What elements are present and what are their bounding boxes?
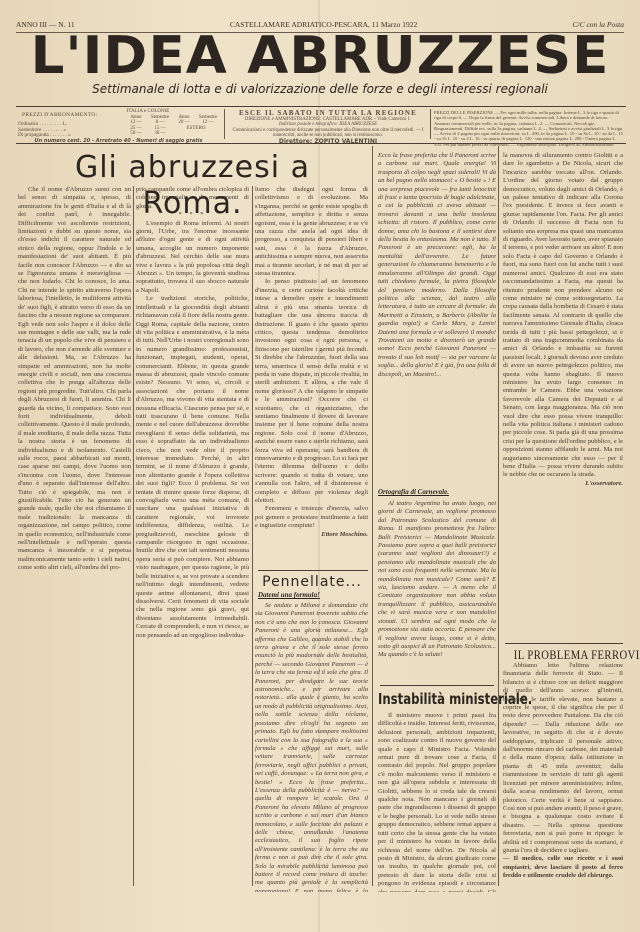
ortografia-body: Al teatro Argentina ha avuto luogo, nei … xyxy=(378,500,496,670)
political-article: la manovra di siluramento contro Giolitt… xyxy=(503,152,623,600)
column-rule xyxy=(252,186,253,886)
pennellate-col-2: Ecco la frase preferita che il Paneroni … xyxy=(378,152,496,477)
advertising-rates: PREZZI DELLE INSERZIONI: — Per ogni mill… xyxy=(434,110,624,147)
masthead-subtitle: Settimanale di lotta e di valorizzazione… xyxy=(0,82,640,98)
main-headline: Gli abruzzesi a Roma. xyxy=(20,150,365,186)
author-signature: L'osservatore. xyxy=(503,480,623,488)
price-table: ITALIA e COLONIE Anno Semestre Anno Seme… xyxy=(124,109,220,135)
esce-heading: ESCE IL SABATO IN TUTTA LA REGIONE xyxy=(228,109,428,117)
main-article-col-2: prio campanile come all'ombra ciclopica … xyxy=(136,186,249,886)
page-margin xyxy=(0,880,640,932)
divider xyxy=(430,109,431,139)
section-rule xyxy=(380,685,494,686)
main-article-col-1: Che il nome d'Abruzzo suoni con un bel s… xyxy=(18,186,131,886)
ferroviario-body: Abbiamo letto l'ultima relazione finanzi… xyxy=(503,662,623,892)
newspaper-page: ANNO III — N. 11 CASTELLAMARE ADRIATICO-… xyxy=(0,0,640,932)
divider xyxy=(224,109,225,139)
prices-label: PREZZI D'ABBONAMENTO: xyxy=(22,112,97,118)
instabilita-body: Il ministero muove i primi passi fra dif… xyxy=(378,712,496,892)
ortografia-title: Ortografia di Carnevale. xyxy=(378,488,449,496)
column-rule xyxy=(133,186,134,886)
section-rule xyxy=(505,643,623,644)
masthead-title: L'IDEA ABRUZZESE xyxy=(8,32,632,80)
section-rule xyxy=(258,570,368,571)
ferroviario-title: IL PROBLEMA FERROVIARIO xyxy=(514,647,612,663)
price-rows: Ordinario . . . . . . . . . L. Sostenito… xyxy=(18,122,71,139)
column-rule xyxy=(498,146,499,886)
author-signature: Ettore Moschino. xyxy=(255,531,368,539)
director-name: Direttore: ZOPITO VALENTINI xyxy=(228,138,428,145)
publication-info: ESCE IL SABATO IN TUTTA LA REGIONE DIREZ… xyxy=(228,109,428,139)
pennellate-subtitle: Datemi una formula! xyxy=(258,591,320,599)
subscription-prices: PREZZI D'ABBONAMENTO: Ordinario . . . . … xyxy=(16,109,221,137)
price-note: Un numero cent. 20 - Arretrato 40 - Nume… xyxy=(16,138,221,144)
instabilita-title: Instabilità ministeriale. xyxy=(378,690,470,708)
pennellate-title: Pennellate... xyxy=(256,574,368,590)
main-article-col-3: lismo che disdegni ogni forma di collett… xyxy=(255,186,368,568)
subscription-info-bar: PREZZI D'ABBONAMENTO: Ordinario . . . . … xyxy=(16,106,626,144)
column-rule xyxy=(372,146,373,886)
pennellate-col-1: Se andate a Milano e domandate chi sia G… xyxy=(255,602,368,892)
